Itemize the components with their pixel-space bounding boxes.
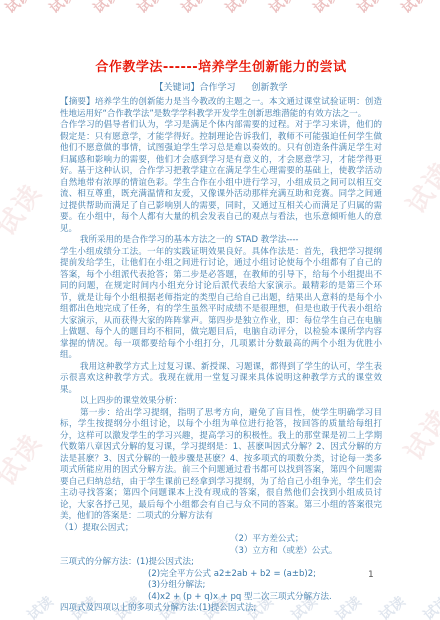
paragraph-stad-steps: 学生小组成绩分工法。一年的实践证明效果良好。具体作法是：首先，我把学习提纲提前发… xyxy=(60,247,382,362)
paragraph-trinomial-methods: 三项式的分解方法：(1)提公因式法; xyxy=(60,557,382,569)
watermark-text: 试读 xyxy=(0,425,49,492)
watermark-text: 试读 xyxy=(177,0,211,18)
watermark-text: 试读 xyxy=(395,400,440,467)
watermark-text: 试读 xyxy=(89,0,123,18)
document-content: 合作教学法------培养学生创新能力的尝试 【关键词】合作学习创新教学 【摘要… xyxy=(60,56,382,615)
paragraph-analysis-heading: 以上四步的课堂效果分析： xyxy=(60,396,382,408)
paragraph-trinomial-item-4: (4)x2 + (p + q)x + pq 型二次三项式分解方法. xyxy=(148,592,382,604)
watermark-text: 试读 xyxy=(309,0,343,18)
watermark-text: 试读 xyxy=(397,0,431,18)
paragraph-stad-method-intro: 我所采用的是合作学习的基本方法之一的 STAD 教学法---- xyxy=(60,235,382,247)
paragraph-teaching-experience: 我用这种教学方式上过复习课、新授课、习题课，都得到了学生的认可，学生表示很喜欢这… xyxy=(60,362,382,397)
watermark-text: 试读 xyxy=(1,0,35,18)
keyword-cooperative-learning: 合作学习 xyxy=(199,83,235,93)
paragraph-cooperative-learning-theory: 合作学习的倡导者们认为，学习是满足个体内部需要的过程。对于学习来讲，他们的假定是… xyxy=(60,120,382,235)
keywords-label: 【关键词】 xyxy=(154,83,199,93)
watermark-text: 试读 xyxy=(0,175,49,242)
watermark-text: 试读 xyxy=(23,591,57,620)
paragraph-step-one-analysis: 第一步：给出学习提纲，指明了思考方向，避免了盲目性，使学生明确学习目标，学生按提… xyxy=(60,408,382,523)
watermark-text: 试读 xyxy=(221,0,255,18)
watermark-text: 试读 xyxy=(45,0,79,18)
document-title: 合作教学法------培养学生创新能力的尝试 xyxy=(60,56,382,75)
paragraph-trinomial-item-2: (2)完全平方公式 a2±2ab + b2 = (a±b)2; xyxy=(148,569,382,581)
paragraph-trinomial-item-3: (3)分组分解法; xyxy=(148,580,382,592)
paragraph-binomial-item-1: （1）提取公因式； xyxy=(60,523,382,535)
document-page: 试读 试读 试读 试读 试读 试读 试读 试读 试读 试读 试读 试读 试读 试… xyxy=(0,0,440,620)
keyword-innovative-teaching: 创新教学 xyxy=(252,83,288,93)
paragraph-abstract: 【摘要】培养学生的创新能力是当今教改的主题之一。本文通过课堂试验证明：创造性地运… xyxy=(60,97,382,120)
watermark-text: 试读 xyxy=(133,0,167,18)
page-number: 1 xyxy=(368,570,374,580)
watermark-text: 试读 xyxy=(353,0,387,18)
paragraph-binomial-item-3: （3）立方和（或差）公式。 xyxy=(230,546,382,558)
watermark-text: 试读 xyxy=(397,153,440,220)
paragraph-four-term-methods: 四项式及四项以上的多项式分解方法:(1)提公因式法; xyxy=(60,603,382,615)
keywords-line: 【关键词】合作学习创新教学 xyxy=(60,80,382,93)
watermark-text: 试读 xyxy=(265,0,299,18)
watermark-text: 试读 xyxy=(419,591,440,620)
paragraph-binomial-item-2: （2）平方差公式； xyxy=(230,534,382,546)
